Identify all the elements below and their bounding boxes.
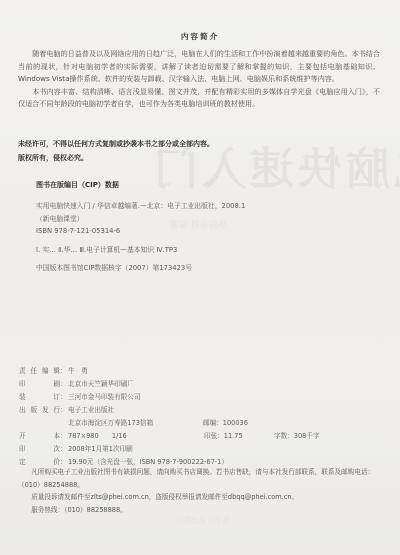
copyright-page: 实用电脑快速入门 华信卓越 编著 电子工业出版社 内容简介 随着电脑的日益普及以… [0,0,400,555]
pubinfo-printer: 印刷 ： 北京市天竺颖华印刷厂 [19,378,320,391]
show-through-publisher: 电子工业出版社 [175,515,231,526]
cip-line: 实用电脑快速入门 / 华信卓越编著.—北京：电子工业出版社，2008.1 [36,200,245,213]
cip-classification: Ⅰ. 实… Ⅱ.华… Ⅲ.电子计算机—基本知识 Ⅳ.TP3 [36,244,245,257]
notice-paragraph: 凡所购买电子工业出版社图书有缺损问题，请向购买书店调换。若书店售缺，请与本社发行… [18,466,380,491]
summary-heading: 内容简介 [0,31,400,42]
editor-name: 牛 勇 [68,365,183,378]
publisher-notice: 凡所购买电子工业出版社图书有缺损问题，请向购买书店调换。若书店售缺，请与本社发行… [18,466,380,516]
cip-data: 实用电脑快速入门 / 华信卓越编著.—北京：电子工业出版社，2008.1 （新电… [36,200,245,275]
notice-complaint-emails: 质量投诉请发邮件至zlts@phei.com.cn，盗版侵权举报请发邮件至dbq… [18,491,380,504]
publisher-name: 电子工业出版社 [68,404,183,417]
print-edition: 2008年1月第1次印刷 [68,443,183,456]
cip-line: （新电脑课堂） [36,213,245,226]
postcode: 邮编：100036 [203,417,248,430]
summary-paragraph: 随着电脑的日益普及以及网络应用的日趋广泛，电脑在人们的生活和工作中扮演着越来越重… [18,48,380,86]
pubinfo-edition: 印次 ： 2008年1月第1次印刷 [19,443,320,456]
copyright-line: 版权所有，侵权必究。 [18,151,214,165]
copyright-line: 未经许可，不得以任何方式复制或抄袭本书之部分或全部内容。 [18,137,214,151]
copyright-notice: 未经许可，不得以任何方式复制或抄袭本书之部分或全部内容。 版权所有，侵权必究。 [18,137,214,165]
cip-isbn: ISBN 978-7-121-05314-6 [36,225,245,238]
publisher-address: 北京市海淀区万寿路173信箱 [68,417,203,430]
printer-name: 北京市天竺颖华印刷厂 [68,378,183,391]
pubinfo-editor: 责任编辑 ： 牛 勇 [19,365,320,378]
book-format: 787×980 1/16 [68,430,204,443]
notice-hotline: 服务热线：（010）88258888。 [18,504,380,517]
pubinfo-binder: 装订 ： 三河市金马印装有限公司 [19,391,320,404]
cip-record-number: 中国版本图书馆CIP数据核字（2007）第173423号 [36,262,245,275]
pubinfo-format: 开本 ： 787×980 1/16 印张：11.75 字数：308千字 [19,430,320,443]
summary-paragraph: 本书内容丰富、结构清晰、语言浅显易懂、图文并茂，并配有精彩实用的多媒体自学光盘《… [18,86,380,111]
cip-heading: 图书在版编目（CIP）数据 [36,180,119,190]
binder-name: 三河市金马印装有限公司 [68,391,183,404]
print-sheets: 印张：11.75 [204,430,274,443]
pubinfo-publisher: 出版发行 ： 电子工业出版社 [19,404,320,417]
publication-info: 责任编辑 ： 牛 勇 印刷 ： 北京市天竺颖华印刷厂 装订 ： 三河市金马印装有… [19,365,320,469]
word-count: 字数：308千字 [274,430,320,443]
pubinfo-address: 北京市海淀区万寿路173信箱 邮编：100036 [19,417,320,430]
summary-body: 随着电脑的日益普及以及网络应用的日趋广泛，电脑在人们的生活和工作中扮演着越来越重… [18,48,380,111]
